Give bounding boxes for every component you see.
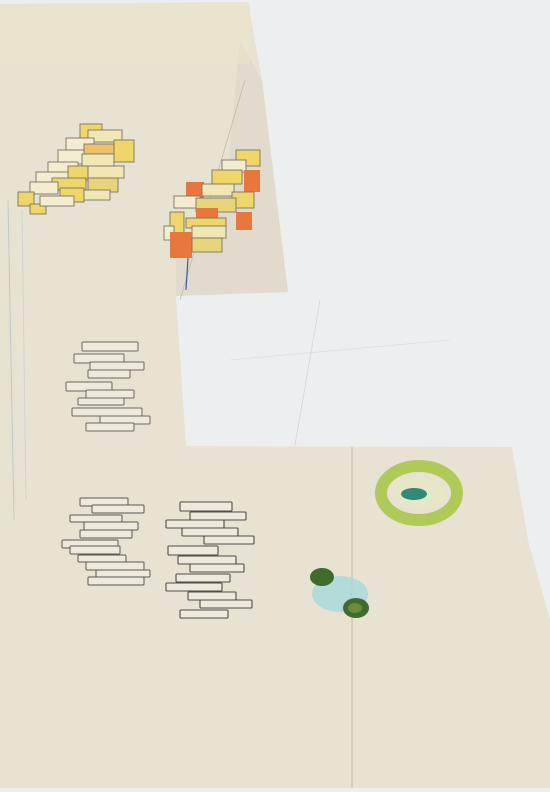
paper-sheet (0, 2, 550, 788)
artwork-canvas (0, 0, 550, 792)
